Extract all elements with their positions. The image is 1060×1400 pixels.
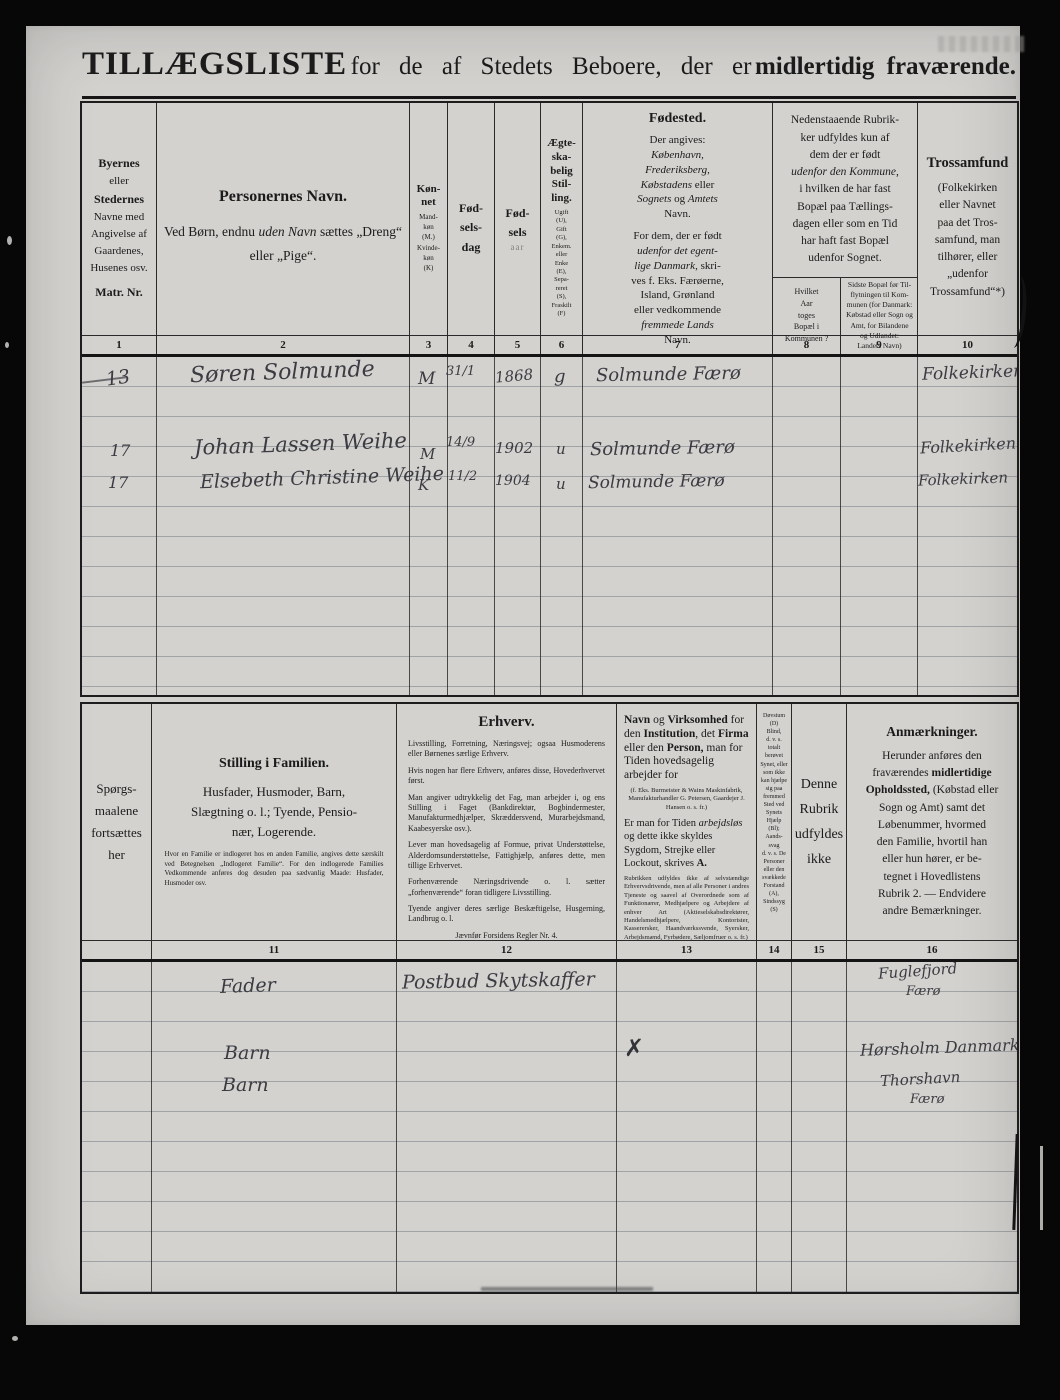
upper-table-column-numbers: 1 2 3 4 5 6 7 8 9 10 bbox=[82, 335, 1017, 357]
header-col-occupation: Erhverv. Livsstilling, Forretning, Nærin… bbox=[397, 704, 617, 940]
entry-marital-status: g bbox=[554, 366, 566, 387]
column-number: 8 bbox=[773, 336, 841, 354]
header-text: Firma bbox=[718, 728, 749, 740]
header-text-faded: aar bbox=[511, 242, 525, 252]
header-text: Ægte- ska- belig Stil- ling. bbox=[547, 137, 576, 206]
header-text: Matr. Nr. bbox=[95, 283, 142, 302]
entry-birthyear: 1868 bbox=[494, 365, 534, 386]
upper-table-header: Byernes eller Stedernes Navne med Angive… bbox=[82, 103, 1017, 335]
header-col-name: Personernes Navn. Ved Børn, endnu uden N… bbox=[157, 103, 410, 353]
header-col-sex: Køn- net Mand- køn (M.) Kvinde- køn (K) bbox=[410, 103, 448, 353]
header-text: , det bbox=[695, 728, 718, 740]
header-text: Stilling i Familien. bbox=[219, 756, 329, 772]
header-text: og bbox=[650, 714, 667, 726]
entry-sex: M bbox=[420, 445, 435, 463]
lower-table: Spørgs- maalene fortsættes her Stilling … bbox=[80, 702, 1019, 1294]
header-col-birthplace: Fødested. Der angives: København, Freder… bbox=[583, 103, 773, 353]
header-text: Er man for Tiden bbox=[624, 818, 699, 829]
entry-occupation: Postbud Skytskaffer bbox=[402, 968, 595, 993]
header-text: Trossamfund bbox=[927, 155, 1009, 172]
header-text: Navne med Angivelse af Gaardenes, Husene… bbox=[90, 209, 147, 277]
header-text: eller bbox=[109, 173, 129, 190]
entry-matr-nr: 17 bbox=[108, 473, 128, 492]
header-text: og bbox=[671, 193, 688, 205]
header-col-employer: Navn og Virksomhed for den Institution, … bbox=[617, 704, 757, 940]
header-col-religion: Trossamfund (Folkekirken eller Navnet pa… bbox=[918, 103, 1017, 353]
entry-religion: Folkekirken bbox=[922, 361, 1017, 385]
entry-birthplace: Solmunde Færø bbox=[590, 437, 735, 461]
entry-family-position: Barn bbox=[224, 1042, 271, 1064]
upper-table: Byernes eller Stedernes Navne med Angive… bbox=[80, 101, 1019, 697]
header-text: Navn. bbox=[664, 208, 691, 220]
title-rest: for de af Stedets Beboere, der er bbox=[351, 53, 752, 81]
header-text: Man angiver udtrykkelig det Fag, man arb… bbox=[408, 793, 605, 835]
page-title: TILLÆGSLISTE for de af Stedets Beboere, … bbox=[82, 46, 1016, 83]
column-number: 1 bbox=[82, 336, 157, 354]
column-number: 15 bbox=[792, 941, 847, 959]
entry-birthyear: 1904 bbox=[495, 473, 531, 489]
header-text: Fød- sels- dag bbox=[459, 199, 483, 257]
column-number: 2 bbox=[157, 336, 410, 354]
entry-matr-nr: 13 bbox=[105, 365, 132, 390]
column-number: 14 bbox=[757, 941, 792, 959]
header-text: Anmærkninger. bbox=[886, 724, 977, 740]
header-text: Nedenstaaende Rubrik- ker udfyldes kun a… bbox=[791, 114, 899, 161]
header-text: Døvstum (D) Blind, d. v. s. totalt berøv… bbox=[760, 712, 788, 914]
header-text: Ved Børn, endnu bbox=[164, 224, 259, 239]
entry-religion: Folkekirken bbox=[918, 468, 1009, 489]
paper-sheet: TILLÆGSLISTE for de af Stedets Beboere, … bbox=[26, 26, 1020, 1325]
column-number-blank bbox=[82, 941, 152, 959]
header-col-family-position: Stilling i Familien. Husfader, Husmoder,… bbox=[152, 704, 397, 940]
header-text: Lever man hovedsagelig af Formue, privat… bbox=[408, 840, 605, 871]
header-text: Jævnfør Forsidens Regler Nr. 4. bbox=[455, 931, 557, 940]
header-text: Hvis nogen har flere Erhverv, anføres di… bbox=[408, 766, 605, 787]
header-text: (Købstad eller Sogn og Amt) samt det Løb… bbox=[877, 784, 999, 917]
header-text: Byernes bbox=[98, 154, 139, 173]
header-text: , i hvilken de har fast Bopæl paa Tællin… bbox=[793, 166, 899, 264]
header-col-matr-nr: Byernes eller Stedernes Navne med Angive… bbox=[82, 103, 157, 353]
scanned-census-page: TILLÆGSLISTE for de af Stedets Beboere, … bbox=[0, 0, 1060, 1400]
header-text: Institution bbox=[643, 728, 695, 740]
column-rules bbox=[82, 357, 1017, 695]
header-col-birthyear: Fød- sels aar bbox=[495, 103, 541, 353]
entry-marital-status: u bbox=[556, 440, 566, 458]
header-text: Mand- køn (M.) Kvinde- køn (K) bbox=[417, 212, 440, 273]
header-text: eller den bbox=[624, 742, 667, 754]
cross-mark: ✗ bbox=[624, 1034, 644, 1062]
column-number: 7 bbox=[583, 336, 773, 354]
entry-marital-status: u bbox=[556, 475, 566, 493]
column-rules bbox=[82, 962, 1017, 1292]
header-text: fremmede Lands bbox=[641, 319, 714, 331]
header-text: Forhenværende Næringsdrivende o. l. sætt… bbox=[408, 877, 605, 898]
scan-edge-sliver bbox=[1040, 1146, 1043, 1230]
entry-birthyear: 1902 bbox=[495, 439, 533, 457]
header-text: uden Navn bbox=[258, 224, 316, 239]
header-col-disabilities: Døvstum (D) Blind, d. v. s. totalt berøv… bbox=[757, 704, 792, 940]
entry-birthday: 14/9 bbox=[446, 435, 475, 450]
column-number: 4 bbox=[448, 336, 495, 354]
entry-family-position: Barn bbox=[222, 1074, 269, 1096]
entry-matr-nr: 17 bbox=[110, 441, 130, 460]
header-text: Erhverv. bbox=[478, 714, 534, 731]
header-text: Der angives: bbox=[650, 134, 706, 146]
header-text: Sognets bbox=[637, 193, 671, 205]
title-emphasis: midlertidig fraværende. bbox=[755, 53, 1016, 81]
header-text: Navn bbox=[624, 714, 650, 726]
header-text: A. bbox=[697, 858, 707, 869]
header-text: Person, bbox=[667, 742, 704, 754]
scan-speck bbox=[7, 236, 12, 245]
lower-table-rows: Fader Postbud Skytskaffer Fuglefjord Fær… bbox=[82, 962, 1017, 1292]
header-text: Fødested. bbox=[649, 111, 706, 127]
entry-stay-place: Færø bbox=[910, 1092, 944, 1107]
header-text: Livsstilling, Forretning, Næringsvej; og… bbox=[408, 739, 605, 760]
header-text: (f. Eks. Burmeister & Wains Maskinfabrik… bbox=[624, 787, 749, 812]
scan-speck bbox=[5, 342, 9, 348]
header-text: Fød- sels bbox=[506, 204, 530, 242]
header-text: Personernes Navn. bbox=[219, 188, 347, 206]
printer-imprint-smudge bbox=[481, 1287, 653, 1291]
column-number: 11 bbox=[152, 941, 397, 959]
column-number: 12 bbox=[397, 941, 617, 959]
header-text: Køn- net bbox=[417, 183, 441, 209]
title-main: TILLÆGSLISTE bbox=[82, 46, 347, 83]
header-col-not-filled: Denne Rubrik udfyldes ikke bbox=[792, 704, 847, 940]
entry-stay-place: Færø bbox=[906, 984, 940, 999]
entry-birthplace: Solmunde Færø bbox=[596, 363, 741, 387]
header-text: udenfor den Kommune bbox=[791, 166, 896, 178]
header-text: (Folkekirken eller Navnet paa det Tros- … bbox=[930, 180, 1005, 301]
header-text: For dem, der er født bbox=[633, 230, 721, 242]
column-number: 13 bbox=[617, 941, 757, 959]
header-text: Husfader, Husmoder, Barn, Slægtning o. l… bbox=[191, 782, 357, 842]
header-questions-continue: Spørgs- maalene fortsættes her bbox=[82, 704, 152, 940]
header-col-remarks: Anmærkninger. Herunder anføres den fravæ… bbox=[847, 704, 1017, 940]
entry-sex: K bbox=[418, 476, 429, 494]
entry-sex: M bbox=[418, 369, 435, 389]
column-number: 6 bbox=[541, 336, 583, 354]
header-text: Virksomhed bbox=[667, 714, 727, 726]
header-group-cols-8-9: Nedenstaaende Rubrik- ker udfyldes kun a… bbox=[773, 103, 918, 353]
header-col-birthday: Fød- sels- dag bbox=[448, 103, 495, 353]
column-number: 16 bbox=[847, 941, 1017, 959]
column-number: 10 bbox=[918, 336, 1017, 354]
column-number: 3 bbox=[410, 336, 448, 354]
entry-birthday: 31/1 bbox=[446, 364, 475, 379]
header-text: Hvor en Familie er indlogeret hos en and… bbox=[165, 850, 384, 888]
header-text: Denne Rubrik udfyldes ikke bbox=[795, 772, 843, 873]
entry-family-position: Fader bbox=[220, 974, 276, 998]
header-col-marital-status: Ægte- ska- belig Stil- ling. Ugift (U), … bbox=[541, 103, 583, 353]
scan-speck bbox=[12, 1336, 18, 1341]
column-number: 5 bbox=[495, 336, 541, 354]
header-text: arbejdsløs bbox=[699, 818, 743, 829]
lower-table-column-numbers: 11 12 13 14 15 16 bbox=[82, 940, 1017, 962]
lower-table-header: Spørgs- maalene fortsættes her Stilling … bbox=[82, 704, 1017, 940]
header-text: Ugift (U), Gift (G), Enkem. eller Enke (… bbox=[551, 209, 571, 319]
header-text: eller bbox=[692, 179, 714, 191]
header-text: Rubrikken udfyldes ikke af selvstændige … bbox=[624, 875, 749, 940]
upper-table-rows: 13 Søren Solmunde M 31/1 1868 g Solmunde… bbox=[82, 357, 1017, 695]
header-text: Stedernes bbox=[94, 190, 144, 209]
entry-birthplace: Solmunde Færø bbox=[588, 471, 725, 493]
header-text: Amtets bbox=[688, 193, 718, 205]
entry-birthday: 11/2 bbox=[448, 469, 477, 484]
column-number: 9 bbox=[841, 336, 918, 354]
header-text: Tyende angiver deres særlige Beskæftigel… bbox=[408, 904, 605, 925]
